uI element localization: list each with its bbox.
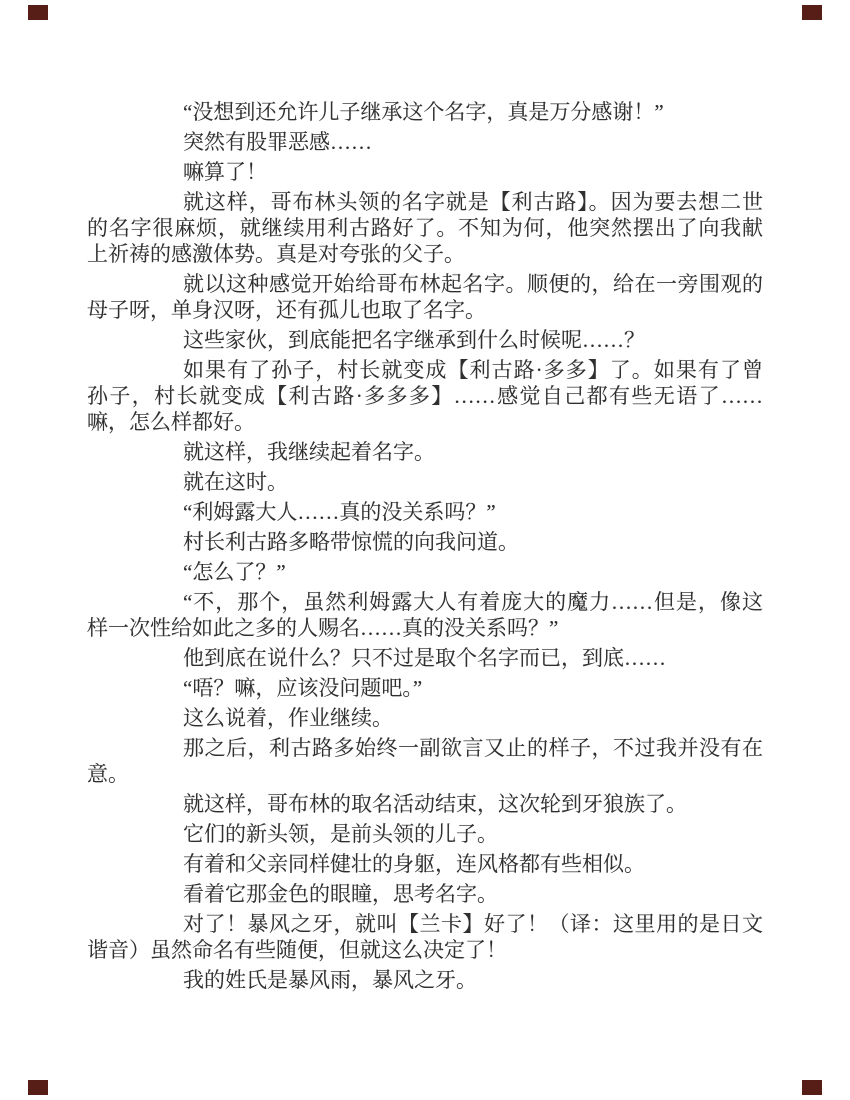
page: { "page": { "background": "#ffffff", "te… (0, 0, 850, 1100)
text-line: 突然有股罪恶感…… (87, 129, 763, 155)
text-line: 村长利古路多略带惊慌的向我问道。 (87, 529, 763, 555)
text-line: 这些家伙，到底能把名字继承到什么时候呢……？ (87, 327, 763, 353)
paragraph: “没想到还允许儿子继承这个名字，真是万分感谢！” (87, 99, 763, 125)
text-line: 他到底在说什么？只不过是取个名字而已，到底…… (87, 645, 763, 671)
text-line: 就在这时。 (87, 469, 763, 495)
text-line: “没想到还允许儿子继承这个名字，真是万分感谢！” (87, 99, 763, 125)
text-line: 嘛，怎么样都好。 (87, 409, 763, 435)
paragraph: “利姆露大人……真的没关系吗？” (87, 499, 763, 525)
paragraph: 如果有了孙子，村长就变成【利古路·多多】了。如果有了曾孙子，村长就变成【利古路·… (87, 357, 763, 435)
text-line: 意。 (87, 761, 763, 787)
text-line: 它们的新头领，是前头领的儿子。 (87, 821, 763, 847)
text-line: 就这样，我继续起着名字。 (87, 439, 763, 465)
paragraph: 就这样，哥布林的取名活动结束，这次轮到牙狼族了。 (87, 791, 763, 817)
text-line: 就这样，哥布林的取名活动结束，这次轮到牙狼族了。 (87, 791, 763, 817)
paragraph: 就在这时。 (87, 469, 763, 495)
text-line: 样一次性给如此之多的人赐名……真的没关系吗？” (87, 615, 763, 641)
text-line: 就这样，哥布林头领的名字就是【利古路】。因为要去想二世 (87, 189, 763, 215)
text-line: 上祈祷的感激体势。真是对夸张的父子。 (87, 241, 763, 267)
text-line: 我的姓氏是暴风雨，暴风之牙。 (87, 967, 763, 993)
corner-mark-bottom-left (28, 1080, 48, 1095)
text-line: 那之后，利古路多始终一副欲言又止的样子，不过我并没有在 (87, 735, 763, 761)
corner-mark-top-right (802, 5, 822, 20)
paragraph: 就以这种感觉开始给哥布林起名字。顺便的，给在一旁围观的母子呀，单身汉呀，还有孤儿… (87, 271, 763, 323)
text-line: 孙子，村长就变成【利古路·多多多】……感觉自己都有些无语了…… (87, 383, 763, 409)
paragraph: 看着它那金色的眼瞳，思考名字。 (87, 881, 763, 907)
text-line: 如果有了孙子，村长就变成【利古路·多多】了。如果有了曾 (87, 357, 763, 383)
text-line: 看着它那金色的眼瞳，思考名字。 (87, 881, 763, 907)
paragraph: 这么说着，作业继续。 (87, 705, 763, 731)
text-line: 这么说着，作业继续。 (87, 705, 763, 731)
paragraph: 村长利古路多略带惊慌的向我问道。 (87, 529, 763, 555)
text-line: 谐音）虽然命名有些随便，但就这么决定了！ (87, 937, 763, 963)
paragraph: 那之后，利古路多始终一副欲言又止的样子，不过我并没有在意。 (87, 735, 763, 787)
text-line: 就以这种感觉开始给哥布林起名字。顺便的，给在一旁围观的 (87, 271, 763, 297)
paragraph: 他到底在说什么？只不过是取个名字而已，到底…… (87, 645, 763, 671)
corner-mark-bottom-right (802, 1080, 822, 1095)
novel-text: “没想到还允许儿子继承这个名字，真是万分感谢！”突然有股罪恶感……嘛算了！就这样… (87, 99, 763, 997)
text-line: “怎么了？” (87, 559, 763, 585)
paragraph: “怎么了？” (87, 559, 763, 585)
text-line: “不，那个，虽然利姆露大人有着庞大的魔力……但是，像这 (87, 589, 763, 615)
text-line: 对了！暴风之牙，就叫【兰卡】好了！（译：这里用的是日文 (87, 911, 763, 937)
paragraph: 突然有股罪恶感…… (87, 129, 763, 155)
paragraph: 嘛算了！ (87, 159, 763, 185)
text-line: 母子呀，单身汉呀，还有孤儿也取了名字。 (87, 297, 763, 323)
paragraph: “唔？嘛，应该没问题吧。” (87, 675, 763, 701)
text-line: 的名字很麻烦，就继续用利古路好了。不知为何，他突然摆出了向我献 (87, 215, 763, 241)
text-line: 嘛算了！ (87, 159, 763, 185)
paragraph: 就这样，我继续起着名字。 (87, 439, 763, 465)
paragraph: 它们的新头领，是前头领的儿子。 (87, 821, 763, 847)
text-line: “唔？嘛，应该没问题吧。” (87, 675, 763, 701)
paragraph: 我的姓氏是暴风雨，暴风之牙。 (87, 967, 763, 993)
paragraph: 这些家伙，到底能把名字继承到什么时候呢……？ (87, 327, 763, 353)
paragraph: 有着和父亲同样健壮的身躯，连风格都有些相似。 (87, 851, 763, 877)
paragraph: 对了！暴风之牙，就叫【兰卡】好了！（译：这里用的是日文谐音）虽然命名有些随便，但… (87, 911, 763, 963)
paragraph: 就这样，哥布林头领的名字就是【利古路】。因为要去想二世的名字很麻烦，就继续用利古… (87, 189, 763, 267)
paragraph: “不，那个，虽然利姆露大人有着庞大的魔力……但是，像这样一次性给如此之多的人赐名… (87, 589, 763, 641)
text-line: “利姆露大人……真的没关系吗？” (87, 499, 763, 525)
text-line: 有着和父亲同样健壮的身躯，连风格都有些相似。 (87, 851, 763, 877)
corner-mark-top-left (28, 5, 48, 20)
